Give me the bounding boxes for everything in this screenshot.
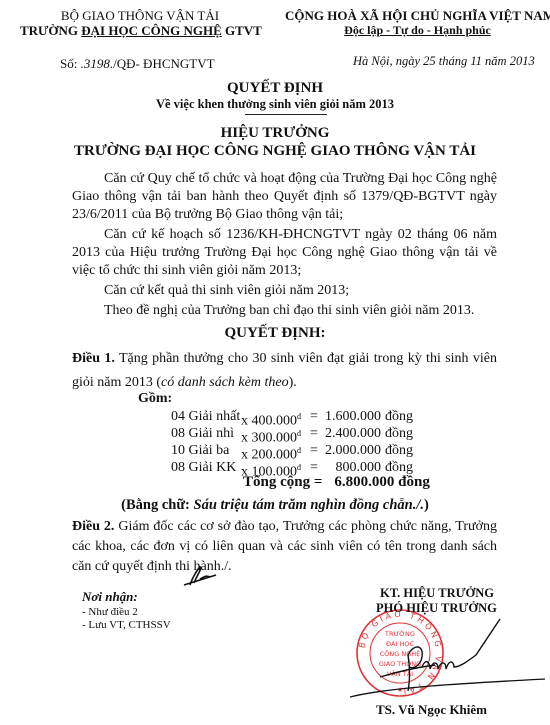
recipient-item: - Lưu VT, CTHSSV bbox=[82, 619, 171, 631]
preamble-paragraph: Căn cứ kế hoạch số 1236/KH-ĐHCNGTVT ngày… bbox=[72, 226, 497, 280]
signer-name: TS. Vũ Ngọc Khiêm bbox=[376, 702, 487, 718]
currency: đồng bbox=[385, 443, 425, 459]
recipient-item: - Như điều 2 bbox=[82, 606, 138, 618]
prize-quantity: 04 Giải nhất bbox=[171, 409, 241, 425]
prize-amount: 2.000.000 bbox=[321, 443, 381, 459]
initial-signature-icon bbox=[180, 565, 220, 587]
total-in-words: (Bằng chữ: Sáu triệu tám trăm nghìn đồng… bbox=[0, 497, 550, 514]
document-date: Hà Nội, ngày 25 tháng 11 năm 2013 bbox=[353, 54, 535, 69]
document-subject: Về việc khen thưởng sinh viên giỏi năm 2… bbox=[0, 97, 550, 112]
prize-amount: 1.600.000 bbox=[321, 409, 381, 425]
article-2: Điều 2. Giám đốc các cơ sở đào tạo, Trưở… bbox=[72, 517, 497, 577]
nation-name: CỘNG HOÀ XÃ HỘI CHỦ NGHĨA VIỆT NAM bbox=[285, 8, 550, 23]
prize-quantity: 08 Giải KK bbox=[171, 460, 241, 476]
decision-heading: QUYẾT ĐỊNH: bbox=[0, 325, 550, 342]
preamble-paragraph: Căn cứ Quy chế tổ chức và hoạt động của … bbox=[72, 170, 497, 224]
preamble-paragraph: Theo đề nghị của Trưởng ban chỉ đạo thi … bbox=[104, 302, 529, 320]
prize-quantity: 10 Giải ba bbox=[171, 443, 241, 459]
total-row: Tổng cộng =6.800.000 đồng bbox=[243, 474, 430, 491]
ministry-name: BỘ GIAO THÔNG VẬN TẢI bbox=[20, 8, 260, 23]
equals-sign: = bbox=[308, 443, 320, 459]
handwritten-signature-icon bbox=[350, 605, 550, 705]
national-motto: Độc lập - Tự do - Hạnh phúc bbox=[285, 23, 550, 38]
article-1: Điều 1. Tặng phần thưởng cho 30 sinh viê… bbox=[72, 347, 497, 395]
signature-on-behalf: KT. HIỆU TRƯỞNG bbox=[380, 586, 494, 601]
equals-sign: = bbox=[308, 409, 320, 425]
includes-label: Gồm: bbox=[138, 391, 172, 407]
equals-sign: = bbox=[308, 426, 320, 442]
issuing-agency: BỘ GIAO THÔNG VẬN TẢI TRƯỜNG ĐẠI HỌC CÔN… bbox=[20, 8, 260, 38]
prize-quantity: 08 Giải nhì bbox=[171, 426, 241, 442]
preamble-paragraph: Căn cứ kết quả thi sinh viên giỏi năm 20… bbox=[104, 282, 529, 300]
recipients-label: Nơi nhận: bbox=[82, 589, 138, 605]
currency: đồng bbox=[385, 426, 425, 442]
subject-underline bbox=[245, 114, 327, 115]
authority-institution: TRƯỜNG ĐẠI HỌC CÔNG NGHỆ GIAO THÔNG VẬN … bbox=[0, 143, 550, 160]
prize-amount: 2.400.000 bbox=[321, 426, 381, 442]
authority-title: HIỆU TRƯỞNG bbox=[0, 125, 550, 142]
document-number: Số: .3198./QĐ- ĐHCNGTVT bbox=[60, 56, 215, 72]
national-header: CỘNG HOÀ XÃ HỘI CHỦ NGHĨA VIỆT NAM Độc l… bbox=[285, 8, 550, 38]
school-name: TRƯỜNG ĐẠI HỌC CÔNG NGHỆ GTVT bbox=[20, 23, 260, 38]
document-title: QUYẾT ĐỊNH bbox=[0, 80, 550, 97]
currency: đồng bbox=[385, 409, 425, 425]
